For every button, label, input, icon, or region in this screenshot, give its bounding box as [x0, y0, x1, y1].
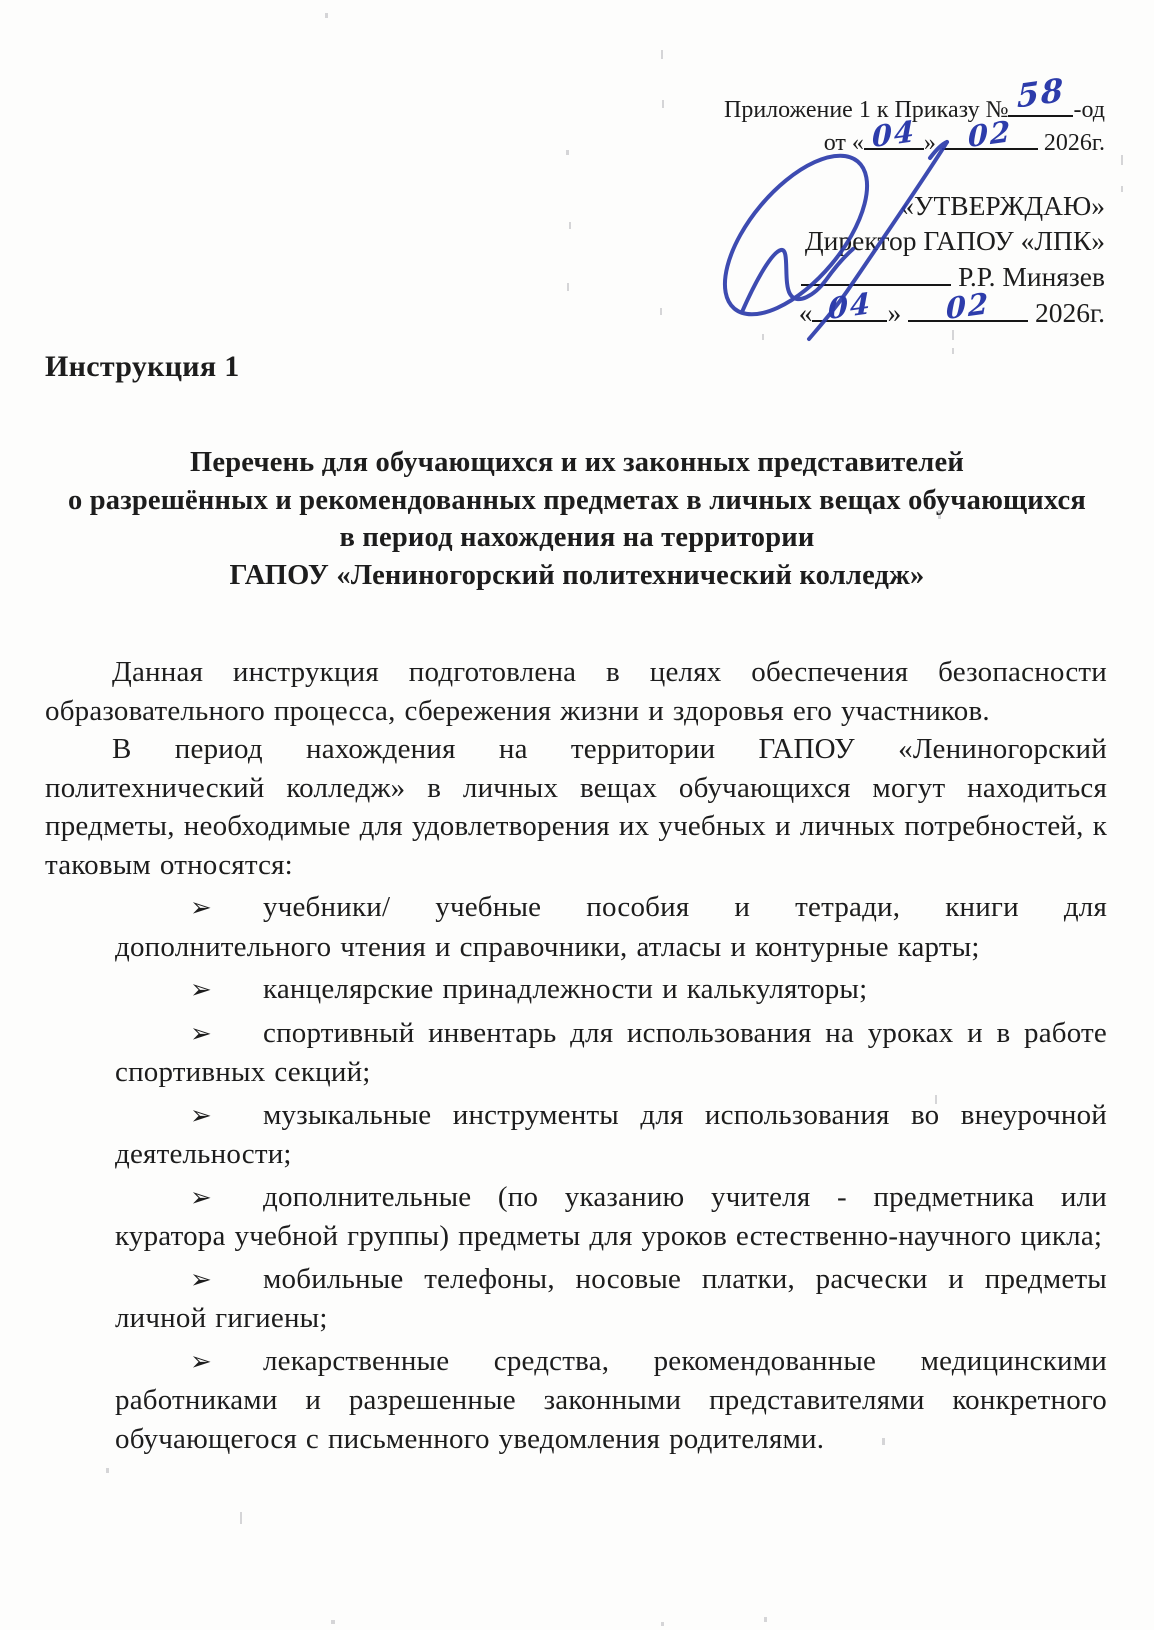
signature-blank: [801, 258, 951, 286]
list-bullet: ➢: [190, 1096, 263, 1136]
title-line: ГАПОУ «Лениногорский политехнический кол…: [40, 557, 1114, 595]
arrow-bullet-icon: ➢: [190, 1183, 212, 1213]
arrow-bullet-icon: ➢: [190, 1265, 212, 1295]
from-prefix: от «: [824, 130, 864, 156]
year-label: 2026г.: [1044, 130, 1105, 156]
appendix-suffix: -од: [1073, 97, 1105, 123]
paragraph: В период нахождения на территории ГАПОУ …: [45, 730, 1107, 884]
list-item: ➢музыкальные инструменты для использован…: [115, 1096, 1107, 1174]
scan-speck: [325, 13, 328, 18]
scanned-document-page: Приложение 1 к Приказу №58-од от «04» 02…: [0, 0, 1154, 1630]
list-item-text: музыкальные инструменты для использовани…: [115, 1099, 1107, 1171]
scan-speck: [661, 1622, 664, 1626]
list-item: ➢дополнительные (по указанию учителя - п…: [115, 1178, 1107, 1256]
document-title: Перечень для обучающихся и их законных п…: [40, 444, 1114, 594]
scan-speck: [662, 100, 664, 108]
instruction-label: Инструкция 1: [45, 350, 240, 384]
order-number-blank: 58: [1008, 92, 1073, 117]
list-item-text: спортивный инвентарь для использования н…: [115, 1017, 1107, 1089]
handwritten-approve-month: 02: [946, 289, 990, 324]
list-item-text: дополнительные (по указанию учителя - пр…: [115, 1181, 1107, 1253]
approve-day-blank: 04: [812, 294, 887, 322]
scan-speck: [1121, 155, 1123, 165]
list-item: ➢учебники/ учебные пособия и тетради, кн…: [115, 888, 1107, 966]
order-date-line: от «04» 02 2026г.: [724, 125, 1105, 158]
scan-speck: [660, 308, 662, 315]
scan-speck: [1121, 186, 1123, 192]
title-line: Перечень для обучающихся и их законных п…: [40, 444, 1114, 482]
list-bullet: ➢: [190, 1014, 263, 1054]
scan-speck: [661, 50, 663, 59]
title-line: о разрешённых и рекомендованных предмета…: [40, 482, 1114, 520]
list-bullet: ➢: [190, 1342, 263, 1382]
title-line: в период нахождения на территории: [40, 519, 1114, 557]
list-item: ➢спортивный инвентарь для использования …: [115, 1014, 1107, 1092]
handwritten-approve-day: 04: [828, 289, 872, 324]
approve-date-line: «04» 02 2026г.: [724, 294, 1105, 330]
handwritten-month: 02: [968, 116, 1012, 151]
list-bullet: ➢: [190, 970, 263, 1010]
document-body: Данная инструкция подготовлена в целях о…: [45, 653, 1107, 1458]
scan-speck: [569, 222, 571, 229]
scan-speck: [952, 330, 954, 340]
arrow-bullet-icon: ➢: [190, 1101, 212, 1131]
approval-header: Приложение 1 к Приказу №58-од от «04» 02…: [724, 92, 1105, 330]
handwritten-day: 04: [872, 116, 916, 151]
arrow-bullet-icon: ➢: [190, 1019, 212, 1049]
date-close: »: [887, 297, 901, 328]
list-item-text: мобильные телефоны, носовые платки, расч…: [115, 1263, 1107, 1335]
list-item-text: учебники/ учебные пособия и тетради, кни…: [115, 891, 1107, 963]
director-signature-line: Р.Р. Минязев: [724, 258, 1105, 294]
scan-speck: [566, 150, 569, 155]
arrow-bullet-icon: ➢: [190, 975, 212, 1005]
arrow-bullet-icon: ➢: [190, 1347, 212, 1377]
list-item: ➢лекарственные средства, рекомендованные…: [115, 1342, 1107, 1459]
list-item: ➢мобильные телефоны, носовые платки, рас…: [115, 1260, 1107, 1338]
list-item: ➢канцелярские принадлежности и калькулят…: [115, 970, 1107, 1010]
approve-label: «УТВЕРЖДАЮ»: [724, 188, 1105, 223]
appendix-prefix: Приложение 1 к Приказу №: [724, 97, 1008, 123]
scan-speck: [567, 283, 569, 291]
list-bullet: ➢: [190, 888, 263, 928]
approve-month-blank: 02: [908, 294, 1028, 322]
quote-close: »: [924, 130, 936, 156]
list-item-text: канцелярские принадлежности и калькулято…: [263, 973, 867, 1005]
list-item-text: лекарственные средства, рекомендованные …: [115, 1345, 1107, 1455]
scan-speck: [938, 510, 941, 519]
arrow-bullet-icon: ➢: [190, 893, 212, 923]
list-bullet: ➢: [190, 1178, 263, 1218]
scan-speck: [240, 1512, 242, 1524]
scan-speck: [882, 1438, 885, 1445]
scan-speck: [764, 1617, 767, 1622]
scan-speck: [106, 1468, 109, 1473]
scan-speck: [935, 1095, 937, 1104]
list-bullet: ➢: [190, 1260, 263, 1300]
month-blank: 02: [942, 125, 1038, 150]
date-open: «: [799, 297, 813, 328]
scan-speck: [331, 1620, 335, 1624]
paragraph: Данная инструкция подготовлена в целях о…: [45, 653, 1107, 730]
scan-speck: [762, 334, 764, 340]
scan-speck: [952, 348, 954, 354]
approve-year-label: 2026г.: [1035, 297, 1105, 328]
day-blank: 04: [864, 125, 924, 150]
handwritten-order-number: 58: [1017, 73, 1065, 112]
director-title: Директор ГАПОУ «ЛПК»: [724, 223, 1105, 258]
